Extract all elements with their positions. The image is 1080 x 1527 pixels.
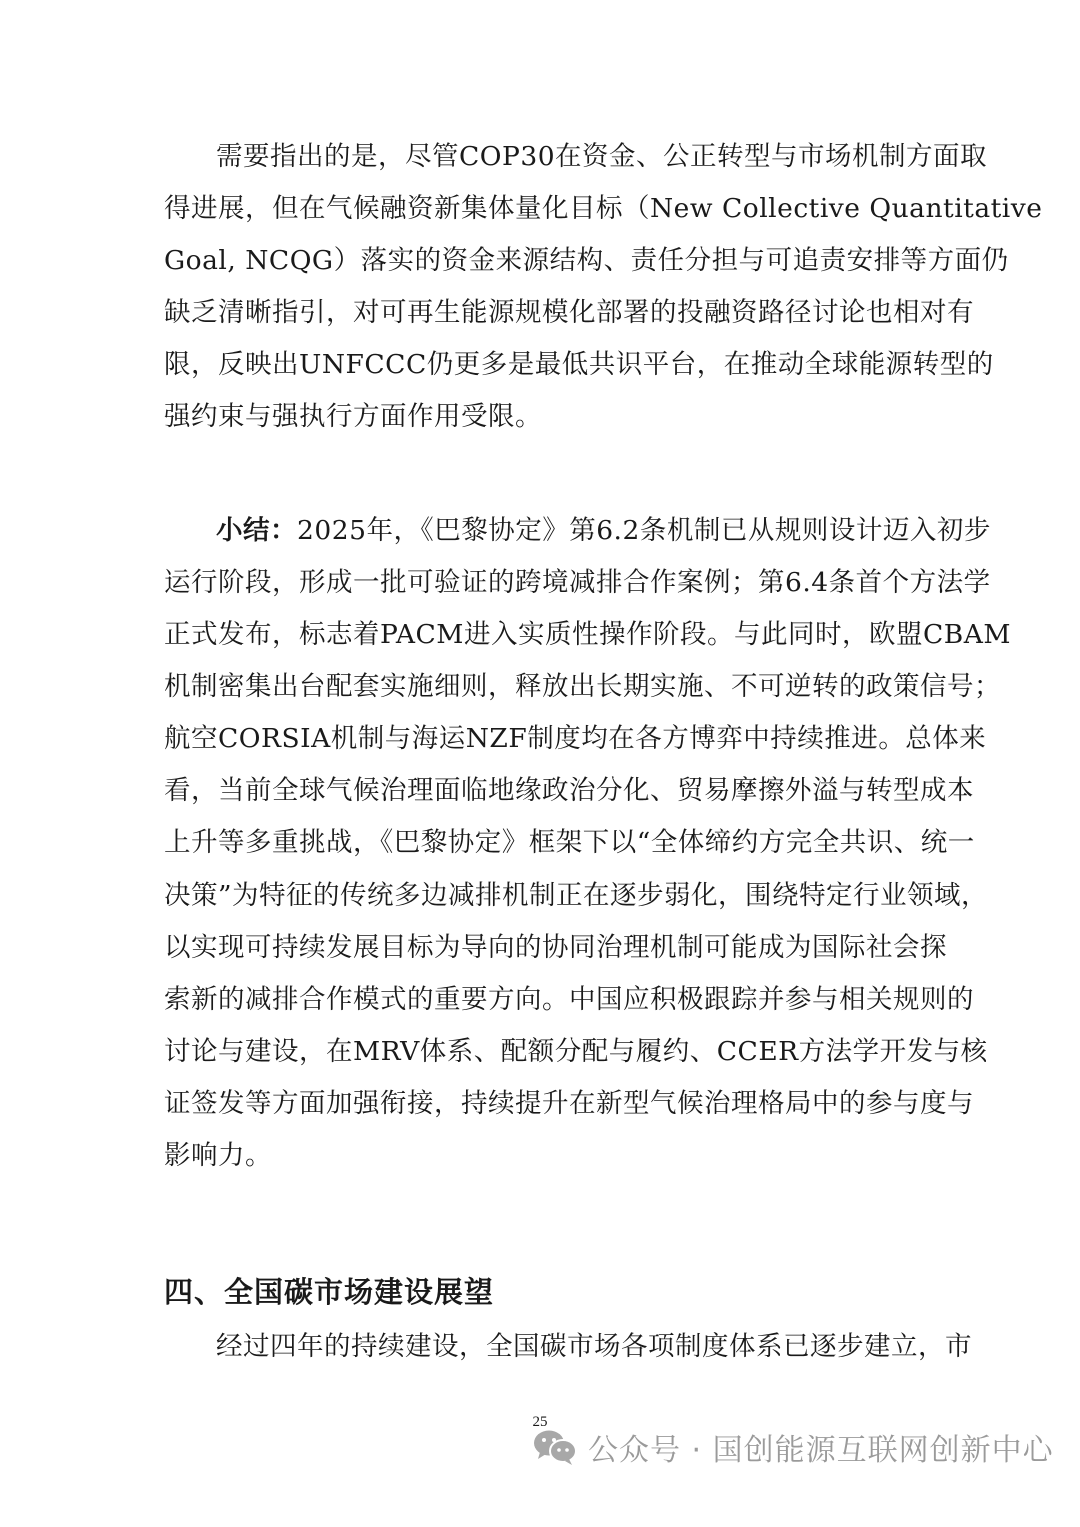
text-line: 索新的减排合作模式的重要方向。中国应积极跟踪并参与相关规则的	[164, 984, 916, 1016]
text-line: 机制密集出台配套实施细则，释放出长期实施、不可逆转的政策信号；	[164, 671, 916, 703]
watermark-text: 公众号 · 国创能源互联网创新中心	[588, 1425, 1054, 1469]
text-line: 证签发等方面加强衔接，持续提升在新型气候治理格局中的参与度与	[164, 1088, 916, 1120]
text-line: 以实现可持续发展目标为导向的协同治理机制可能成为国际社会探	[164, 932, 916, 964]
text-line: 运行阶段，形成一批可验证的跨境减排合作案例；第6.4条首个方法学	[164, 567, 916, 599]
text-line: 决策”为特征的传统多边减排机制正在逐步弱化，围绕特定行业领域，	[164, 880, 916, 912]
text-line: 上升等多重挑战，《巴黎协定》框架下以“全体缔约方完全共识、统一	[164, 827, 916, 859]
text-line: 航空CORSIA机制与海运NZF制度均在各方博弈中持续推进。总体来	[164, 723, 916, 755]
text-line: 经过四年的持续建设，全国碳市场各项制度体系已逐步建立，市	[216, 1331, 916, 1363]
wechat-watermark: 公众号 · 国创能源互联网创新中心	[532, 1424, 1054, 1470]
section-heading: 四、全国碳市场建设展望	[164, 1274, 494, 1310]
text-line: 缺乏清晰指引，对可再生能源规模化部署的投融资路径讨论也相对有	[164, 297, 916, 329]
text-line: 得进展，但在气候融资新集体量化目标（New Collective Quantit…	[164, 193, 916, 225]
text-line: 看，当前全球气候治理面临地缘政治分化、贸易摩擦外溢与转型成本	[164, 775, 916, 807]
text-line: 需要指出的是，尽管COP30在资金、公正转型与市场机制方面取	[216, 141, 916, 173]
wechat-icon	[532, 1428, 578, 1466]
text-line: 限，反映出UNFCCC仍更多是最低共识平台，在推动全球能源转型的	[164, 349, 916, 381]
text-line: 正式发布，标志着PACM进入实质性操作阶段。与此同时，欧盟CBAM	[164, 619, 916, 651]
text-line: 小结：2025年，《巴黎协定》第6.2条机制已从规则设计迈入初步	[216, 515, 916, 547]
document-page: 需要指出的是，尽管COP30在资金、公正转型与市场机制方面取 得进展，但在气候融…	[0, 0, 1080, 1527]
text-span: 2025年，《巴黎协定》第6.2条机制已从规则设计迈入初步	[297, 515, 991, 546]
summary-label: 小结：	[216, 515, 297, 546]
text-line: 讨论与建设，在MRV体系、配额分配与履约、CCER方法学开发与核	[164, 1036, 916, 1068]
text-line: Goal, NCQG）落实的资金来源结构、责任分担与可追责安排等方面仍	[164, 245, 916, 277]
text-line: 强约束与强执行方面作用受限。	[164, 401, 916, 433]
text-line: 影响力。	[164, 1140, 916, 1172]
